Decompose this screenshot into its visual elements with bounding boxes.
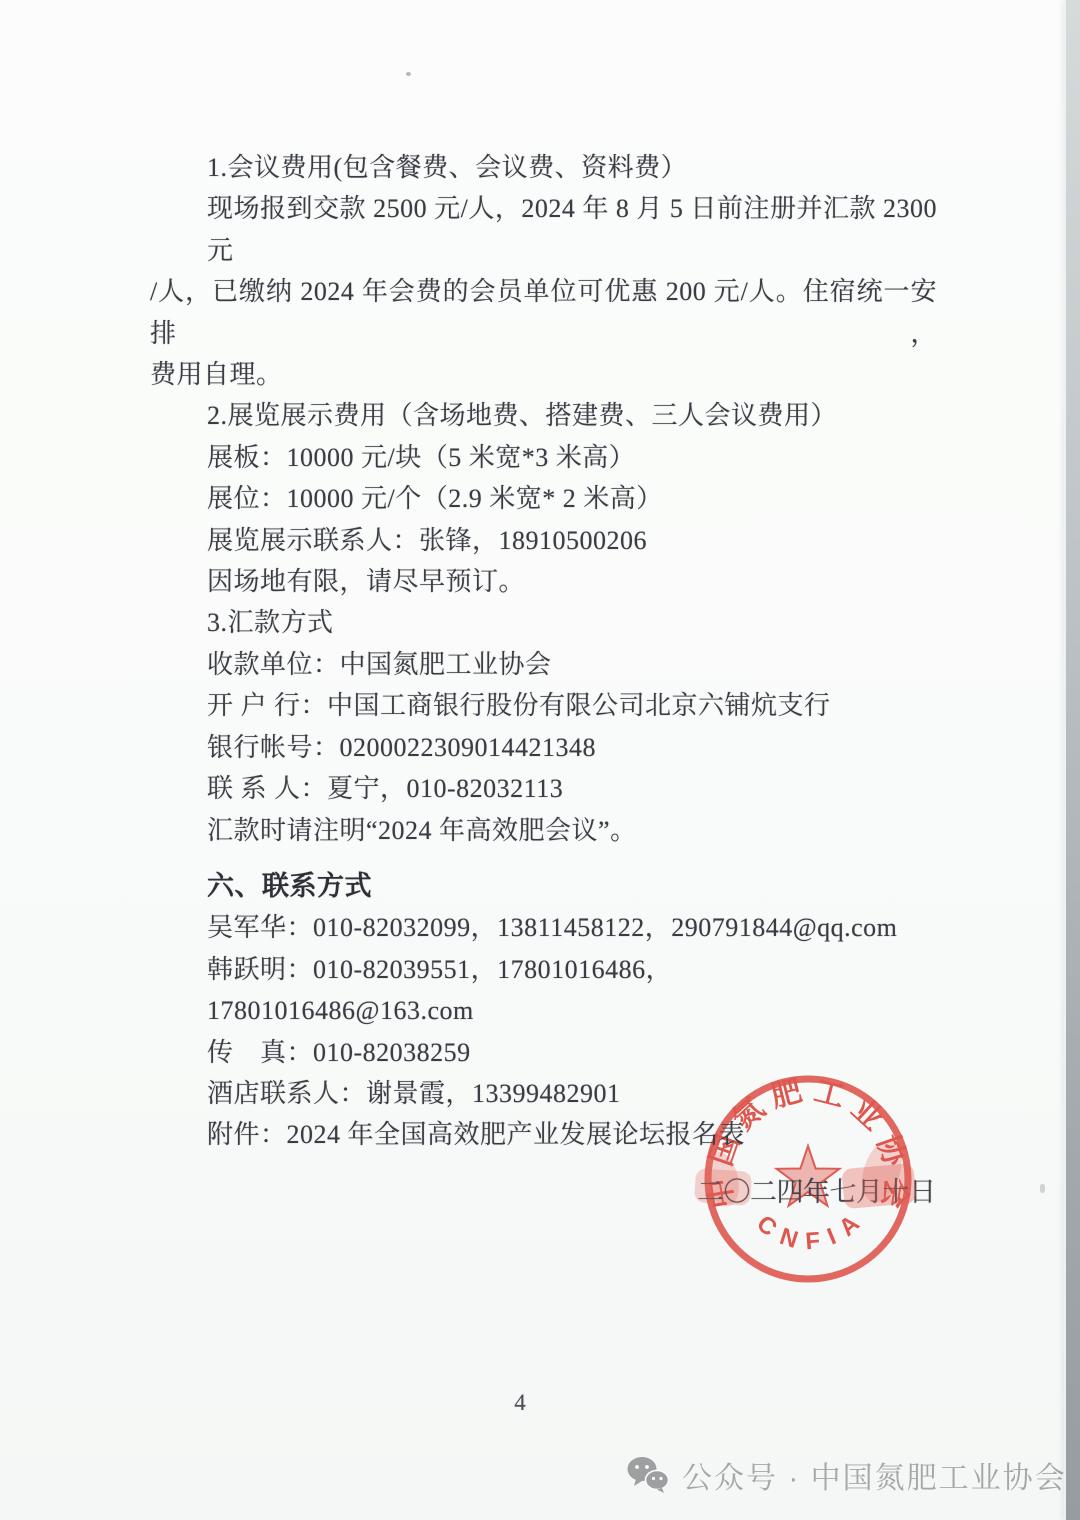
doc-line: /人，已缴纳 2024 年会费的会员单位可优惠 200 元/人。住宿统一安排， <box>150 271 937 354</box>
doc-line: 展览展示联系人：张锋，18910500206 <box>150 520 937 561</box>
doc-line: 附件：2024 年全国高效肥产业发展论坛报名表 <box>150 1114 937 1155</box>
wechat-account-label: 公众号 · 中国氮肥工业协会 <box>682 1453 1067 1497</box>
seal-ink-smear <box>694 1168 752 1206</box>
doc-line: 展位：10000 元/个（2.9 米宽* 2 米高） <box>150 478 937 519</box>
doc-line: 酒店联系人：谢景霞，13399482901 <box>150 1073 937 1114</box>
doc-line: 3.汇款方式 <box>150 602 937 643</box>
doc-line: 联 系 人：夏宁，010-82032113 <box>150 768 937 809</box>
document-body: 1.会议费用(包含餐费、会议费、资料费） 现场报到交款 2500 元/人，202… <box>150 147 937 1156</box>
wechat-icon <box>626 1456 670 1494</box>
doc-line: 吴军华：010-82032099，13811458122，290791844@q… <box>150 907 937 948</box>
scan-speck <box>406 72 411 76</box>
doc-line: 现场报到交款 2500 元/人，2024 年 8 月 5 日前注册并汇款 230… <box>150 188 937 271</box>
doc-line: 开 户 行：中国工商银行股份有限公司北京六铺炕支行 <box>150 685 937 726</box>
page-number: 4 <box>505 1390 535 1416</box>
doc-line: 费用自理。 <box>150 354 937 395</box>
scanned-document-page: 1.会议费用(包含餐费、会议费、资料费） 现场报到交款 2500 元/人，202… <box>0 0 1080 1520</box>
seal-ink-smear <box>841 1163 916 1209</box>
section-heading-contact: 六、联系方式 <box>150 866 937 907</box>
doc-line: 传 真：010-82038259 <box>150 1032 937 1073</box>
scan-edge-shadow <box>1064 0 1080 1520</box>
doc-line: 汇款时请注明“2024 年高效肥会议”。 <box>150 810 937 851</box>
doc-line: 银行帐号：0200022309014421348 <box>150 727 937 768</box>
doc-line: 展板：10000 元/块（5 米宽*3 米高） <box>150 437 937 478</box>
doc-line: 2.展览展示费用（含场地费、搭建费、三人会议费用） <box>150 395 937 436</box>
seal-acronym-text: CNFIA <box>751 1210 864 1255</box>
doc-line: 收款单位：中国氮肥工业协会 <box>150 644 937 685</box>
doc-line: 1.会议费用(包含餐费、会议费、资料费） <box>150 147 937 188</box>
doc-line: 韩跃明：010-82039551，17801016486，17801016486… <box>150 949 937 1032</box>
doc-line: 因场地有限，请尽早预订。 <box>150 561 937 602</box>
wechat-watermark: 公众号 · 中国氮肥工业协会 <box>626 1450 1067 1500</box>
scan-speck <box>1040 1184 1045 1193</box>
